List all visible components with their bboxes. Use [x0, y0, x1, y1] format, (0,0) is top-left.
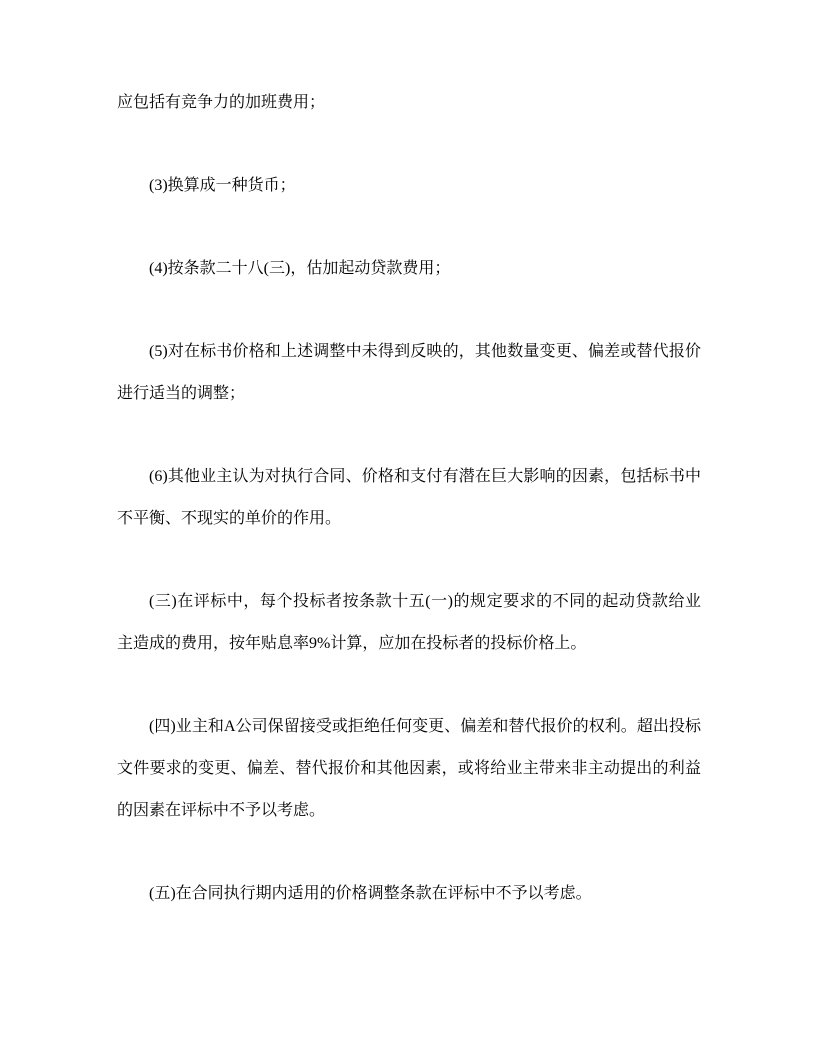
text-line: 主造成的费用，按年贴息率9%计算，应加在投标者的投标价格上。: [117, 623, 701, 665]
text-line: (3)换算成一种货币；: [117, 165, 701, 207]
text-line: (5)对在标书价格和上述调整中未得到反映的，其他数量变更、偏差或替代报价: [117, 331, 701, 373]
text-line: 进行适当的调整；: [117, 373, 701, 415]
paragraph: (三)在评标中，每个投标者按条款十五(一)的规定要求的不同的起动贷款给业主造成的…: [117, 581, 701, 665]
text-line: 的因素在评标中不予以考虑。: [117, 790, 701, 832]
text-line: 应包括有竞争力的加班费用；: [117, 82, 701, 124]
text-line: (6)其他业主认为对执行合同、价格和支付有潜在巨大影响的因素，包括标书中: [117, 456, 701, 498]
paragraph: (4)按条款二十八(三)，估加起动贷款费用；: [117, 248, 701, 290]
text-line: (四)业主和A公司保留接受或拒绝任何变更、偏差和替代报价的权利。超出投标: [117, 706, 701, 748]
document-body: 应包括有竞争力的加班费用；(3)换算成一种货币；(4)按条款二十八(三)，估加起…: [117, 82, 701, 915]
text-line: 文件要求的变更、偏差、替代报价和其他因素，或将给业主带来非主动提出的利益: [117, 748, 701, 790]
text-line: (五)在合同执行期内适用的价格调整条款在评标中不予以考虑。: [117, 873, 701, 915]
document-page: 应包括有竞争力的加班费用；(3)换算成一种货币；(4)按条款二十八(三)，估加起…: [0, 0, 816, 1056]
paragraph: (6)其他业主认为对执行合同、价格和支付有潜在巨大影响的因素，包括标书中不平衡、…: [117, 456, 701, 540]
paragraph: (五)在合同执行期内适用的价格调整条款在评标中不予以考虑。: [117, 873, 701, 915]
paragraph: (3)换算成一种货币；: [117, 165, 701, 207]
paragraph: 应包括有竞争力的加班费用；: [117, 82, 701, 124]
text-line: (三)在评标中，每个投标者按条款十五(一)的规定要求的不同的起动贷款给业: [117, 581, 701, 623]
paragraph: (四)业主和A公司保留接受或拒绝任何变更、偏差和替代报价的权利。超出投标文件要求…: [117, 706, 701, 832]
text-line: (4)按条款二十八(三)，估加起动贷款费用；: [117, 248, 701, 290]
paragraph: (5)对在标书价格和上述调整中未得到反映的，其他数量变更、偏差或替代报价进行适当…: [117, 331, 701, 415]
text-line: 不平衡、不现实的单价的作用。: [117, 498, 701, 540]
